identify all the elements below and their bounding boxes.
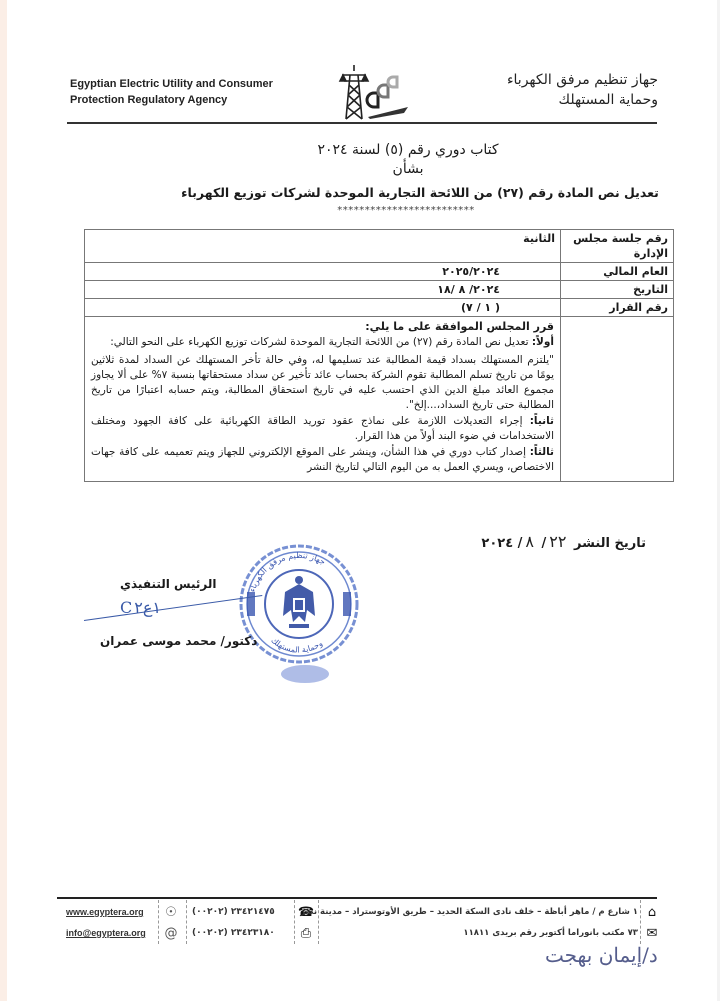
circular-title-block: كتاب دوري رقم (٥) لسنة ٢٠٢٤ بشأن تعديل ن… [180,140,660,218]
table-row: العام المالي ٢٠٢٥/٢٠٢٤ [85,263,674,281]
row-label-board-session: رقم جلسة مجلس الإدارة [561,230,674,263]
item-third-text: إصدار كتاب دوري في هذا الشأن، وينشر على … [91,446,554,473]
footer-phones: (٠٠٢٠٢) ٢٣٤٢١٤٧٥ (٠٠٢٠٢) ٢٣٤٢٣١٨٠ [192,902,292,944]
postal-address: ٧٣ مكتب بانوراما أكتوبر رقم بريدى ١١٨١١ [338,923,638,944]
row-value-decision-number: ( ١ / ٧) [85,299,561,317]
footer-separator [158,900,159,944]
signatory-name: دكتور/ محمد موسى عمران [100,634,257,648]
agency-name-ar-line2: وحماية المستهلك [507,90,658,110]
item-third-label: ثالثاً: [530,446,554,458]
fax-number: (٠٠٢٠٢) ٢٣٤٢٣١٨٠ [192,923,292,944]
row-label-fiscal-year: العام المالي [561,263,674,281]
page-edge-left [0,0,7,1001]
decision-item-first: أولاً: تعديل نص المادة رقم (٢٧) من اللائ… [91,335,554,350]
footer-separator [640,900,641,944]
item-second-text: إجراء التعديلات اللازمة على نماذج عقود ت… [91,415,554,442]
footer-separator [294,900,295,944]
browser-icon: ☉ [160,902,182,923]
footer-contact-web: www.egyptera.org info@egyptera.org [66,902,156,944]
circular-regarding: بشأن [168,160,648,178]
table-row: رقم القرار ( ١ / ٧) [85,299,674,317]
agency-name-english: Egyptian Electric Utility and Consumer P… [70,76,273,108]
decision-article-quote: "يلتزم المستهلك بسداد قيمة المطالبة عند … [91,353,554,413]
agency-name-arabic: جهاز تنظيم مرفق الكهرباء وحماية المستهلك [507,70,658,110]
item-second-label: ثانياً: [530,415,554,427]
row-label-decision-number: رقم القرار [561,299,674,317]
decision-item-third: ثالثاً: إصدار كتاب دوري في هذا الشأن، وي… [91,445,554,475]
circular-subject: تعديل نص المادة رقم (٢٧) من اللائحة التج… [180,182,660,204]
table-row: التاريخ ٢٠٢٤/ ٨ /١٨ [85,281,674,299]
footer-address-icons: ⌂ ✉ [642,902,662,944]
decision-body: قرر المجلس الموافقة على ما يلي: أولاً: ت… [85,317,561,482]
decision-table: رقم جلسة مجلس الإدارة الثانية العام الما… [84,229,674,482]
table-row-decision-body: قرر المجلس الموافقة على ما يلي: أولاً: ت… [85,317,674,482]
body-label-empty [561,317,674,482]
decision-lead: قرر المجلس الموافقة على ما يلي: [91,319,554,334]
phone-number: (٠٠٢٠٢) ٢٣٤٢١٤٧٥ [192,902,292,923]
item-first-text: تعديل نص المادة رقم (٢٧) من اللائحة التج… [110,336,528,348]
envelope-icon: ✉ [642,923,662,944]
street-address: ١ شارع م / ماهر أباظة – خلف نادى السكة ا… [338,902,638,923]
agency-name-en-line2: Protection Regulatory Agency [70,92,273,108]
publish-date-label: تاريخ النشر [574,536,646,551]
footer-separator [186,900,187,944]
email-link[interactable]: info@egyptera.org [66,923,156,944]
official-stamp-icon: جهاز تنظيم مرفق الكهرباء وحماية المستهلك [233,532,363,692]
power-tower-plug-logo-icon [338,63,418,121]
publish-date: تاريخ النشر ٢٢/ ٨/ ٢٠٢٤ [481,532,646,551]
agency-name-en-line1: Egyptian Electric Utility and Consumer [70,76,273,92]
item-first-label: أولاً: [532,336,554,348]
signatory-title: الرئيس التنفيذي [120,577,217,591]
handwritten-note: د/إيمان بهجت [545,943,658,967]
footer-web-icons: ☉ @ [160,902,182,944]
at-sign-icon: @ [160,923,182,944]
footer-address: ١ شارع م / ماهر أباظة – خلف نادى السكة ا… [338,902,638,944]
header-divider [67,122,657,124]
agency-name-ar-line1: جهاز تنظيم مرفق الكهرباء [507,70,658,90]
table-row: رقم جلسة مجلس الإدارة الثانية [85,230,674,263]
footer-divider [57,897,657,899]
fax-icon: ⎙ [296,923,316,944]
website-link[interactable]: www.egyptera.org [66,902,156,923]
circular-number: كتاب دوري رقم (٥) لسنة ٢٠٢٤ [168,140,648,160]
row-label-date: التاريخ [561,281,674,299]
row-value-fiscal-year: ٢٠٢٥/٢٠٢٤ [85,263,561,281]
publish-date-day: ٢٢ [549,532,566,551]
row-value-board-session: الثانية [85,230,561,263]
publish-date-month: ٨ [525,532,534,551]
title-stars-divider: ************************* [166,204,646,218]
publish-date-year: ٢٠٢٤ [481,536,513,551]
home-icon: ⌂ [642,902,662,923]
decision-item-second: ثانياً: إجراء التعديلات اللازمة على نماذ… [91,414,554,444]
row-value-date: ٢٠٢٤/ ٨ /١٨ [85,281,561,299]
